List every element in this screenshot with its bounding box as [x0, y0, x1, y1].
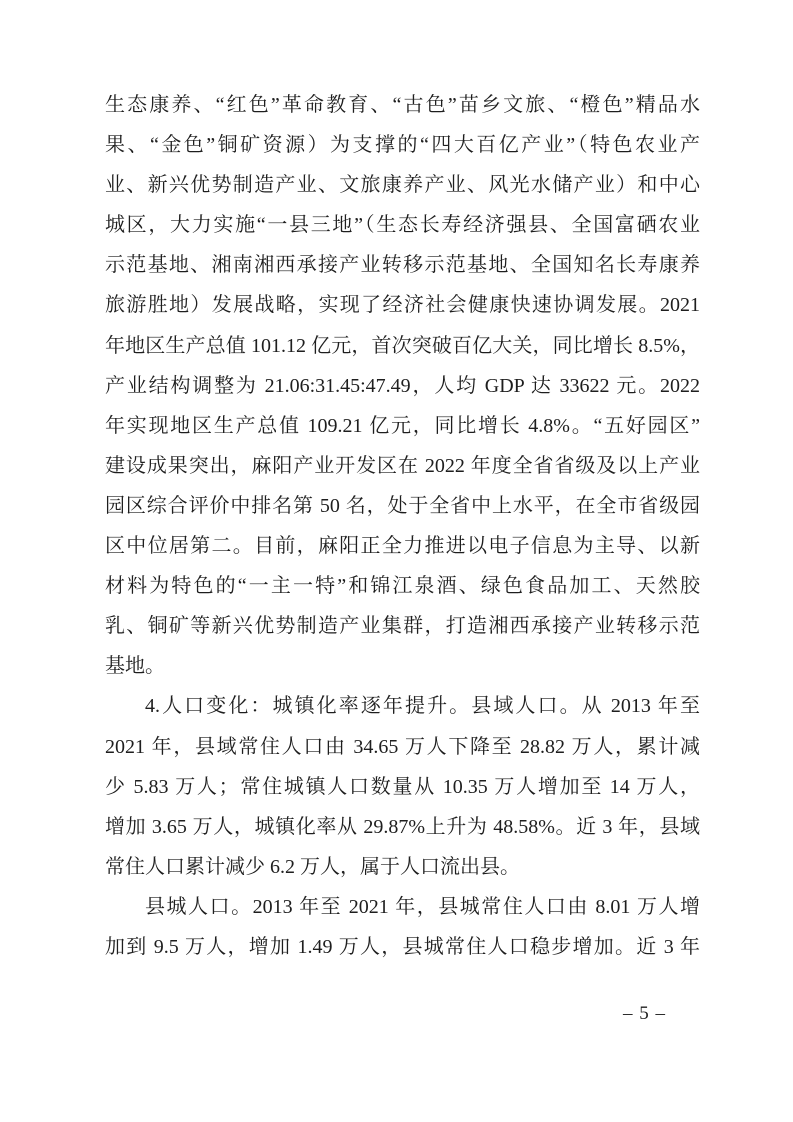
text-line: 常住人口累计减少 6.2 万人，属于人口流出县。 — [105, 847, 700, 887]
text-line: 园区综合评价中排名第 50 名，处于全省中上水平，在全市省级园 — [105, 486, 700, 526]
page-number: – 5 – — [623, 1003, 666, 1025]
text-line: 材料为特色的“一主一特”和锦江泉酒、绿色食品加工、天然胶 — [105, 566, 700, 606]
page-footer: – 5 – — [0, 1003, 793, 1033]
text-line: 年实现地区生产总值 109.21 亿元，同比增长 4.8%。“五好园区” — [105, 406, 700, 446]
text-line: 示范基地、湘南湘西承接产业转移示范基地、全国知名长寿康养 — [105, 245, 700, 285]
document-page: 生态康养、“红色”革命教育、“古色”苗乡文旅、“橙色”精品水果、“金色”铜矿资源… — [0, 0, 793, 1122]
text-line: 生态康养、“红色”革命教育、“古色”苗乡文旅、“橙色”精品水 — [105, 85, 700, 125]
text-line: 果、“金色”铜矿资源）为支撑的“四大百亿产业”（特色农业产 — [105, 125, 700, 165]
text-line: 4.人口变化：城镇化率逐年提升。县域人口。从 2013 年至 — [105, 686, 700, 726]
text-line: 城区，大力实施“一县三地”（生态长寿经济强县、全国富硒农业 — [105, 205, 700, 245]
text-line: 2021 年，县域常住人口由 34.65 万人下降至 28.82 万人，累计减 — [105, 727, 700, 767]
text-line: 区中位居第二。目前，麻阳正全力推进以电子信息为主导、以新 — [105, 526, 700, 566]
text-line: 年地区生产总值 101.12 亿元，首次突破百亿大关，同比增长 8.5%， — [105, 326, 700, 366]
text-line: 基地。 — [105, 646, 700, 686]
text-line: 产业结构调整为 21.06:31.45:47.49，人均 GDP 达 33622… — [105, 366, 700, 406]
text-line: 县城人口。2013 年至 2021 年，县城常住人口由 8.01 万人增 — [105, 887, 700, 927]
document-body: 生态康养、“红色”革命教育、“古色”苗乡文旅、“橙色”精品水果、“金色”铜矿资源… — [105, 85, 700, 967]
text-line: 加到 9.5 万人，增加 1.49 万人，县城常住人口稳步增加。近 3 年 — [105, 927, 700, 967]
text-line: 业、新兴优势制造产业、文旅康养产业、风光水储产业）和中心 — [105, 165, 700, 205]
text-line: 旅游胜地）发展战略，实现了经济社会健康快速协调发展。2021 — [105, 285, 700, 325]
text-line: 增加 3.65 万人，城镇化率从 29.87%上升为 48.58%。近 3 年，… — [105, 807, 700, 847]
text-line: 建设成果突出，麻阳产业开发区在 2022 年度全省省级及以上产业 — [105, 446, 700, 486]
text-line: 乳、铜矿等新兴优势制造产业集群，打造湘西承接产业转移示范 — [105, 606, 700, 646]
text-line: 少 5.83 万人；常住城镇人口数量从 10.35 万人增加至 14 万人， — [105, 767, 700, 807]
